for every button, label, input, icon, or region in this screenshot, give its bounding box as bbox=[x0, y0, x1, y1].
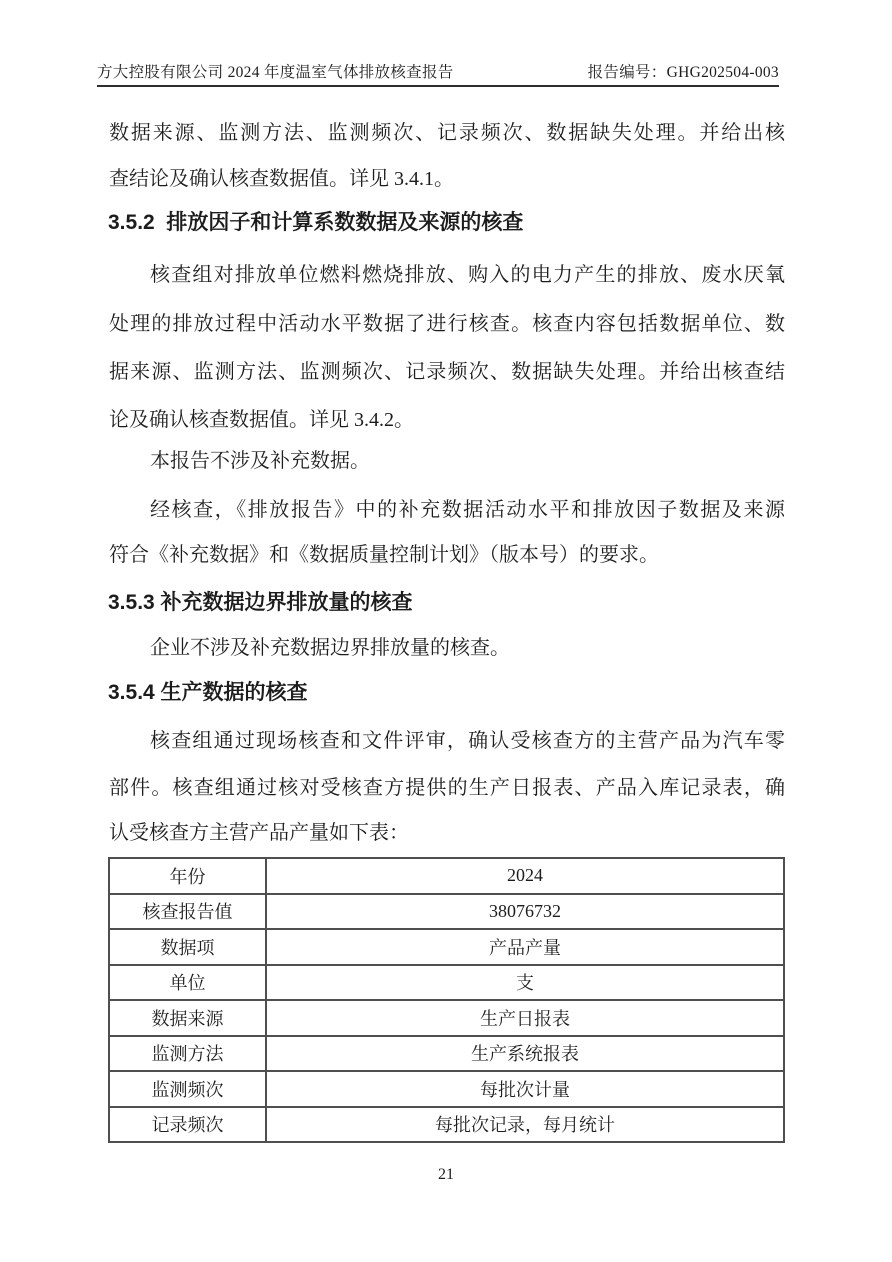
section-heading-3-5-4: 3.5.4 生产数据的核查 bbox=[108, 680, 788, 706]
row-value: 每批次记录，每月统计 bbox=[266, 1107, 784, 1143]
body-line: 数据来源、监测方法、监测频次、记录频次、数据缺失处理。并给出核 bbox=[109, 120, 785, 146]
table-row: 年份 2024 bbox=[109, 858, 784, 894]
section-heading-3-5-2: 3.5.2 排放因子和计算系数数据及来源的核查 bbox=[108, 210, 788, 236]
row-value: 生产日报表 bbox=[266, 1000, 784, 1036]
header-title: 方大控股有限公司 2024 年度温室气体排放核查报告 bbox=[97, 60, 454, 82]
body-line: 论及确认核查数据值。详见 3.4.2。 bbox=[109, 407, 785, 433]
table-row: 监测频次 每批次计量 bbox=[109, 1071, 784, 1107]
row-label: 记录频次 bbox=[109, 1107, 266, 1143]
table-row: 数据来源 生产日报表 bbox=[109, 1000, 784, 1036]
header-rule bbox=[97, 85, 779, 87]
row-label: 数据项 bbox=[109, 929, 266, 965]
row-value: 38076732 bbox=[266, 894, 784, 930]
row-label: 核查报告值 bbox=[109, 894, 266, 930]
row-value: 产品产量 bbox=[266, 929, 784, 965]
page-header: 方大控股有限公司 2024 年度温室气体排放核查报告 报告编号：GHG20250… bbox=[97, 60, 779, 82]
body-line: 本报告不涉及补充数据。 bbox=[109, 448, 785, 474]
header-report-number: 报告编号：GHG202504-003 bbox=[588, 60, 779, 82]
body-line: 据来源、监测方法、监测频次、记录频次、数据缺失处理。并给出核查结 bbox=[109, 359, 785, 385]
body-line: 企业不涉及补充数据边界排放量的核查。 bbox=[109, 635, 785, 661]
document-page: 方大控股有限公司 2024 年度温室气体排放核查报告 报告编号：GHG20250… bbox=[0, 0, 892, 1262]
body-line: 核查组通过现场核查和文件评审，确认受核查方的主营产品为汽车零 bbox=[109, 728, 785, 754]
row-label: 数据来源 bbox=[109, 1000, 266, 1036]
row-label: 年份 bbox=[109, 858, 266, 894]
body-line: 符合《补充数据》和《数据质量控制计划》（版本号）的要求。 bbox=[109, 542, 785, 568]
body-line: 处理的排放过程中活动水平数据了进行核查。核查内容包括数据单位、数 bbox=[109, 311, 785, 337]
table-row: 监测方法 生产系统报表 bbox=[109, 1036, 784, 1072]
row-label: 监测频次 bbox=[109, 1071, 266, 1107]
body-line: 认受核查方主营产品产量如下表： bbox=[109, 820, 785, 846]
page-number: 21 bbox=[0, 1166, 892, 1184]
production-data-table: 年份 2024 核查报告值 38076732 数据项 产品产量 单位 支 数据来… bbox=[108, 857, 785, 1143]
row-value: 2024 bbox=[266, 858, 784, 894]
row-label: 单位 bbox=[109, 965, 266, 1001]
table-row: 数据项 产品产量 bbox=[109, 929, 784, 965]
table-row: 单位 支 bbox=[109, 965, 784, 1001]
body-line: 核查组对排放单位燃料燃烧排放、购入的电力产生的排放、废水厌氧 bbox=[109, 262, 785, 288]
row-value: 支 bbox=[266, 965, 784, 1001]
row-label: 监测方法 bbox=[109, 1036, 266, 1072]
section-heading-3-5-3: 3.5.3 补充数据边界排放量的核查 bbox=[108, 590, 788, 616]
table-row: 记录频次 每批次记录，每月统计 bbox=[109, 1107, 784, 1143]
body-line: 部件。核查组通过核对受核查方提供的生产日报表、产品入库记录表，确 bbox=[109, 775, 785, 801]
body-line: 经核查，《排放报告》中的补充数据活动水平和排放因子数据及来源 bbox=[109, 497, 785, 523]
table-row: 核查报告值 38076732 bbox=[109, 894, 784, 930]
body-line: 查结论及确认核查数据值。详见 3.4.1。 bbox=[109, 166, 785, 192]
row-value: 每批次计量 bbox=[266, 1071, 784, 1107]
row-value: 生产系统报表 bbox=[266, 1036, 784, 1072]
